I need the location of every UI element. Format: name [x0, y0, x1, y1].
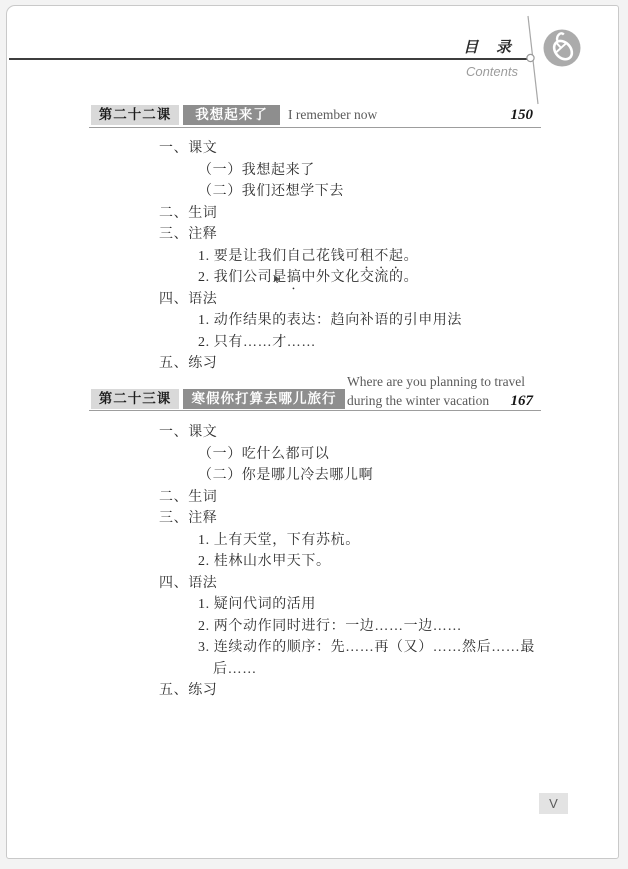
lesson-page-number: 167	[511, 391, 534, 411]
lesson-23-items: 一、课文（一）吃什么都可以（二）你是哪儿冷去哪儿啊二、生词三、注释1. 上有天堂…	[159, 422, 579, 702]
header-rule	[9, 58, 530, 60]
lesson-title-cn-badge: 寒假你打算去哪儿旅行	[183, 389, 345, 409]
toc-item: 三、注释	[159, 224, 579, 246]
toc-item: 1. 疑问代词的活用	[159, 594, 579, 616]
lesson-number-badge: 第二十三课	[91, 389, 179, 409]
toc-item: 1. 上有天堂，下有苏杭。	[159, 530, 579, 552]
toc-item: 二、生词	[159, 203, 579, 225]
rule-end-dot	[527, 54, 534, 61]
lesson-title-cn-badge: 我想起来了	[183, 105, 280, 125]
toc-item: 2. 我们公司是搞中外文化交流的。	[159, 267, 579, 289]
lesson-number-badge: 第二十二课	[91, 105, 179, 125]
page-number-badge: V	[539, 793, 568, 814]
toc-item: （二）我们还想学下去	[159, 181, 579, 203]
toc-item: 四、语法	[159, 289, 579, 311]
lesson-22-items: 一、课文（一）我想起来了（二）我们还想学下去二、生词三、注释1. 要是让我们自己…	[159, 138, 579, 375]
lesson-underline	[89, 410, 541, 411]
lesson-title-en-line1: Where are you planning to travel	[347, 372, 525, 391]
toc-item: 后……	[159, 659, 579, 681]
lesson-underline	[89, 127, 541, 128]
lesson-page-number: 150	[511, 105, 534, 125]
mouse-icon	[544, 30, 581, 67]
toc-item: 1. 动作结果的表达：趋向补语的引申用法	[159, 310, 579, 332]
toc-item: （一）我想起来了	[159, 160, 579, 182]
lesson-title-en-line2: during the winter vacation	[347, 391, 489, 410]
toc-item: 2. 桂林山水甲天下。	[159, 551, 579, 573]
toc-item: （二）你是哪儿冷去哪儿啊	[159, 465, 579, 487]
toc-item: 四、语法	[159, 573, 579, 595]
toc-item: 一、课文	[159, 138, 579, 160]
toc-item: 3. 连续动作的顺序：先……再（又）……然后……最	[159, 637, 579, 659]
toc-item: 二、生词	[159, 487, 579, 509]
toc-item: 五、练习	[159, 680, 579, 702]
toc-item: 2. 只有……才……	[159, 332, 579, 354]
toc-item: 三、注释	[159, 508, 579, 530]
toc-item: （一）吃什么都可以	[159, 444, 579, 466]
toc-item: 一、课文	[159, 422, 579, 444]
toc-item: 2. 两个动作同时进行：一边……一边……	[159, 616, 579, 638]
toc-item: 1. 要是让我们自己花钱可租不起。	[159, 246, 579, 268]
lesson-title-en: I remember now	[288, 105, 377, 125]
book-page: 目 录 Contents 第二十二课 我想起来了 I remember now …	[6, 5, 619, 859]
header-decoration	[507, 6, 621, 114]
